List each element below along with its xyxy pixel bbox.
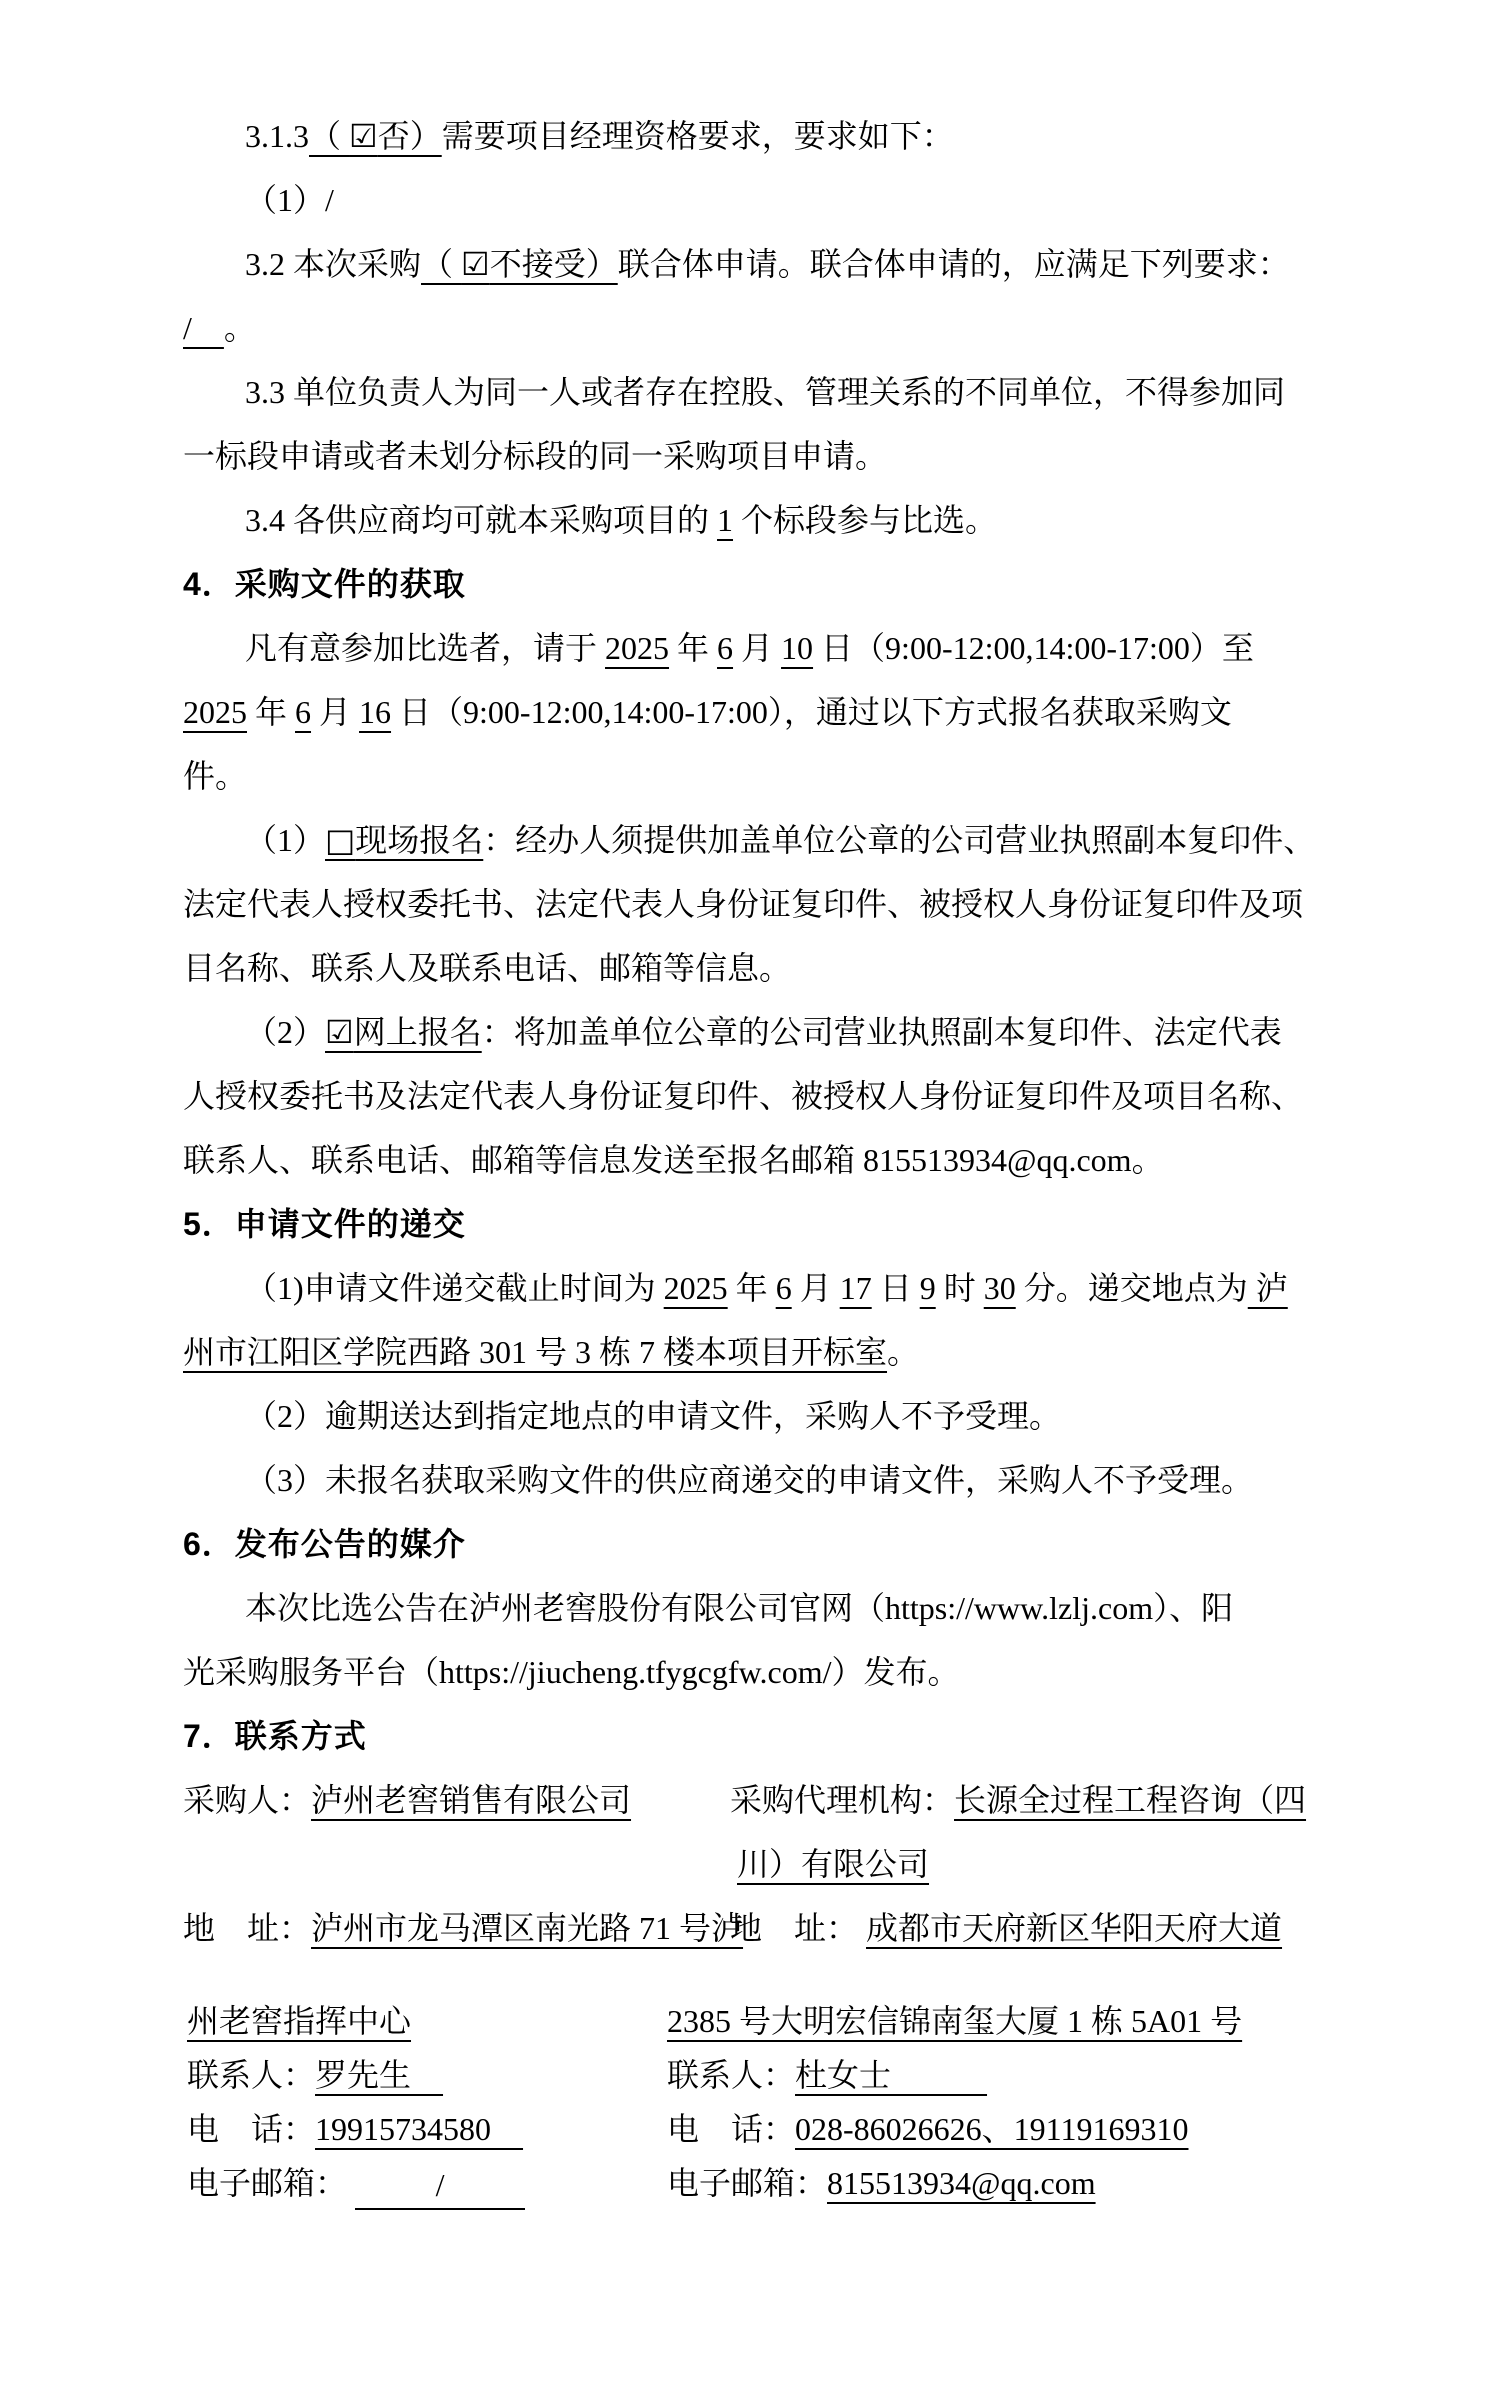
text-run: 日（9:00-12:00,14:00-17:00）至 bbox=[813, 630, 1254, 666]
text-run: 地 址： bbox=[730, 1910, 858, 1946]
text-run: ：将加盖单位公章的公司营业执照副本复印件、法定代表 bbox=[482, 1014, 1282, 1050]
text-run: 3.4 各供应商均可就本采购项目的 bbox=[245, 502, 717, 538]
text-run: 3.1.3 bbox=[245, 118, 309, 154]
underlined-text: 19915734580 bbox=[315, 2111, 523, 2147]
text-run: 时 bbox=[936, 1270, 984, 1306]
line-6-1b: 光采购服务平台（https://jiucheng.tfygcgfw.com/）发… bbox=[183, 1640, 1413, 1704]
row-contact-person: 联系人：罗先生 联系人：杜女士 bbox=[183, 2048, 1413, 2102]
underlined-text: / bbox=[183, 310, 224, 346]
row-address: 地 址：泸州市龙马潭区南光路 71 号泸地 址： 成都市天府新区华阳天府大道 bbox=[183, 1896, 1413, 1960]
heading-section-5: 5．申请文件的递交 bbox=[183, 1192, 1413, 1256]
text-run: （1）/ bbox=[245, 182, 334, 218]
checkbox-checked-icon: ☑ bbox=[325, 1013, 354, 1051]
text-run: 7．联系方式 bbox=[183, 1718, 367, 1754]
contact-footer-block: 州老窖指挥中心2385 号大明宏信锦南玺大厦 1 栋 5A01 号联系人：罗先生… bbox=[183, 1994, 1413, 2210]
underlined-text: 2025 bbox=[664, 1270, 728, 1306]
text-run: 4．采购文件的获取 bbox=[183, 566, 466, 602]
underlined-text: 泸 bbox=[1248, 1270, 1288, 1306]
underlined-text: 泸州老窖销售有限公司 bbox=[311, 1782, 631, 1818]
text-run: 日 bbox=[872, 1270, 920, 1306]
text-run: 电 话： bbox=[187, 2111, 315, 2147]
line-3-1-3: 3.1.3（ ☑否）需要项目经理资格要求，要求如下： bbox=[183, 104, 1413, 168]
underlined-text: 815513934@qq.com bbox=[827, 2165, 1096, 2201]
text-run: 人授权委托书及法定代表人身份证复印件、被授权人身份证复印件及项目名称、 bbox=[183, 1078, 1303, 1114]
text-run: 地 址： bbox=[183, 1910, 311, 1946]
row-agency-wrap: 川）有限公司 bbox=[183, 1832, 1413, 1896]
heading-section-4: 4．采购文件的获取 bbox=[183, 552, 1413, 616]
text-run: 年 bbox=[669, 630, 717, 666]
text-run: （2）逾期送达到指定地点的申请文件，采购人不予受理。 bbox=[245, 1398, 1061, 1434]
text-run: ：经办人须提供加盖单位公章的公司营业执照副本复印件、 bbox=[483, 822, 1315, 858]
line-3-2: 3.2 本次采购（ ☑不接受）联合体申请。联合体申请的，应满足下列要求： bbox=[183, 232, 1413, 296]
underlined-text: 2385 号大明宏信锦南玺大厦 1 栋 5A01 号 bbox=[667, 2003, 1242, 2039]
underlined-text: 长源全过程工程咨询（四 bbox=[954, 1782, 1306, 1818]
text-run: （3）未报名获取采购文件的供应商递交的申请文件，采购人不予受理。 bbox=[245, 1462, 1253, 1498]
line-3-3b: 一标段申请或者未划分标段的同一采购项目申请。 bbox=[183, 424, 1413, 488]
underlined-text: 17 bbox=[840, 1270, 872, 1306]
row-agency-wrap-right: 川）有限公司 bbox=[730, 1832, 1413, 1896]
underlined-text: 1 bbox=[717, 502, 733, 538]
text-run: 件。 bbox=[183, 758, 247, 794]
text-run: 目名称、联系人及联系电话、邮箱等信息。 bbox=[183, 950, 791, 986]
text-run: 联系人： bbox=[187, 2057, 315, 2093]
text-run: 电 话： bbox=[667, 2111, 795, 2147]
line-4-onsite-b: 法定代表人授权委托书、法定代表人身份证复印件、被授权人身份证复印件及项 bbox=[183, 872, 1413, 936]
line-4-onsite-c: 目名称、联系人及联系电话、邮箱等信息。 bbox=[183, 936, 1413, 1000]
checkbox-checked-icon: ☑ bbox=[349, 117, 378, 155]
underlined-text: 16 bbox=[359, 694, 391, 730]
text-run: 采购代理机构： bbox=[730, 1782, 954, 1818]
text-run: 凡有意参加比选者，请于 bbox=[245, 630, 605, 666]
row-agency-wrap-left bbox=[183, 1832, 730, 1896]
text-run: 电子邮箱： bbox=[667, 2165, 827, 2201]
line-4-online-b: 人授权委托书及法定代表人身份证复印件、被授权人身份证复印件及项目名称、 bbox=[183, 1064, 1413, 1128]
document-body: 3.1.3（ ☑否）需要项目经理资格要求，要求如下：（1）/3.2 本次采购（ … bbox=[183, 104, 1413, 1960]
document-page: 3.1.3（ ☑否）需要项目经理资格要求，要求如下：（1）/3.2 本次采购（ … bbox=[0, 0, 1500, 2404]
text-run: 日（9:00-12:00,14:00-17:00），通过以下方式报名获取采购文 bbox=[391, 694, 1232, 730]
row-address-right: 地 址： 成都市天府新区华阳天府大道 bbox=[730, 1896, 1413, 1960]
text-run: 联合体申请。联合体申请的，应满足下列要求： bbox=[618, 246, 1290, 282]
text-run: 月 bbox=[311, 694, 359, 730]
text-run: 需要项目经理资格要求，要求如下： bbox=[442, 118, 954, 154]
text-run: 采购人： bbox=[183, 1782, 311, 1818]
line-3-1-3-item1: （1）/ bbox=[183, 168, 1413, 232]
row-phone-right: 电 话：028-86026626、19119169310 bbox=[667, 2102, 1413, 2156]
text-run: 本次比选公告在泸州老窖股份有限公司官网（https://www.lzlj.com… bbox=[245, 1590, 1233, 1626]
checkbox-unchecked-icon: □ bbox=[325, 821, 355, 859]
underlined-text: 2025 bbox=[605, 630, 669, 666]
underlined-text: 6 bbox=[717, 630, 733, 666]
line-4-online-a: （2）☑网上报名：将加盖单位公章的公司营业执照副本复印件、法定代表 bbox=[183, 1000, 1413, 1064]
underlined-text: 不接受） bbox=[490, 246, 618, 282]
text-run: 3.2 本次采购 bbox=[245, 246, 421, 282]
text-run: 光采购服务平台（https://jiucheng.tfygcgfw.com/）发… bbox=[183, 1654, 960, 1690]
underlined-text: 2025 bbox=[183, 694, 247, 730]
text-run: 分。递交地点为 bbox=[1016, 1270, 1248, 1306]
line-3-4: 3.4 各供应商均可就本采购项目的 1 个标段参与比选。 bbox=[183, 488, 1413, 552]
row-address-left: 地 址：泸州市龙马潭区南光路 71 号泸 bbox=[183, 1896, 730, 1960]
underlined-text: （ bbox=[309, 118, 349, 154]
line-5-1b: 州市江阳区学院西路 301 号 3 栋 7 楼本项目开标室。 bbox=[183, 1320, 1413, 1384]
underlined-text: 028-86026626、19119169310 bbox=[795, 2111, 1188, 2147]
text-run: 年 bbox=[728, 1270, 776, 1306]
text-run: 月 bbox=[733, 630, 781, 666]
underlined-text: 6 bbox=[776, 1270, 792, 1306]
underlined-text: 州老窖指挥中心 bbox=[187, 2003, 411, 2039]
underlined-text: 泸州市龙马潭区南光路 71 号泸 bbox=[311, 1910, 743, 1946]
row-address-wrap-right: 2385 号大明宏信锦南玺大厦 1 栋 5A01 号 bbox=[667, 1994, 1413, 2048]
row-address-wrap: 州老窖指挥中心2385 号大明宏信锦南玺大厦 1 栋 5A01 号 bbox=[183, 1994, 1413, 2048]
text-run: 3.3 单位负责人为同一人或者存在控股、管理关系的不同单位，不得参加同 bbox=[245, 374, 1285, 410]
line-5-1a: （1)申请文件递交截止时间为 2025 年 6 月 17 日 9 时 30 分。… bbox=[183, 1256, 1413, 1320]
underlined-text: 成都市天府新区华阳天府大道 bbox=[866, 1910, 1282, 1946]
underlined-text: 杜女士 bbox=[795, 2057, 987, 2093]
text-run: 5．申请文件的递交 bbox=[183, 1206, 466, 1242]
line-3-2-blank: / 。 bbox=[183, 296, 1413, 360]
line-4-1b: 2025 年 6 月 16 日（9:00-12:00,14:00-17:00），… bbox=[183, 680, 1413, 744]
row-address-wrap-left: 州老窖指挥中心 bbox=[187, 1994, 667, 2048]
text-run: 联系人： bbox=[667, 2057, 795, 2093]
text-run: 6．发布公告的媒介 bbox=[183, 1526, 466, 1562]
row-phone-left: 电 话：19915734580 bbox=[187, 2102, 667, 2156]
underlined-text: 州市江阳区学院西路 301 号 3 栋 7 楼本项目开标室 bbox=[183, 1334, 887, 1370]
underlined-text: （ bbox=[421, 246, 461, 282]
underlined-text: 罗先生 bbox=[315, 2057, 443, 2093]
heading-section-6: 6．发布公告的媒介 bbox=[183, 1512, 1413, 1576]
line-4-1c: 件。 bbox=[183, 744, 1413, 808]
text-run bbox=[858, 1910, 866, 1946]
text-run: （1） bbox=[245, 822, 325, 858]
row-contact-person-right: 联系人：杜女士 bbox=[667, 2048, 1413, 2102]
line-5-3: （3）未报名获取采购文件的供应商递交的申请文件，采购人不予受理。 bbox=[183, 1448, 1413, 1512]
row-purchaser: 采购人：泸州老窖销售有限公司采购代理机构：长源全过程工程咨询（四 bbox=[183, 1768, 1413, 1832]
underlined-text: 9 bbox=[920, 1270, 936, 1306]
row-email: 电子邮箱：/电子邮箱：815513934@qq.com bbox=[183, 2156, 1413, 2210]
line-3-3a: 3.3 单位负责人为同一人或者存在控股、管理关系的不同单位，不得参加同 bbox=[183, 360, 1413, 424]
row-phone: 电 话：19915734580 电 话：028-86026626、1911916… bbox=[183, 2102, 1413, 2156]
text-run: 一标段申请或者未划分标段的同一采购项目申请。 bbox=[183, 438, 887, 474]
underlined-text: 10 bbox=[781, 630, 813, 666]
line-6-1a: 本次比选公告在泸州老窖股份有限公司官网（https://www.lzlj.com… bbox=[183, 1576, 1413, 1640]
text-run: 。 bbox=[887, 1334, 919, 1370]
text-run: 个标段参与比选。 bbox=[733, 502, 997, 538]
heading-section-7: 7．联系方式 bbox=[183, 1704, 1413, 1768]
checkbox-checked-icon: ☑ bbox=[461, 245, 490, 283]
underlined-text: 6 bbox=[295, 694, 311, 730]
underlined-text: 川）有限公司 bbox=[737, 1846, 929, 1882]
text-run: （1)申请文件递交截止时间为 bbox=[245, 1270, 664, 1306]
line-4-1a: 凡有意参加比选者，请于 2025 年 6 月 10 日（9:00-12:00,1… bbox=[183, 616, 1413, 680]
line-4-onsite-a: （1）□现场报名：经办人须提供加盖单位公章的公司营业执照副本复印件、 bbox=[183, 808, 1413, 872]
underlined-text: 网上报名 bbox=[354, 1014, 482, 1050]
line-4-online-c: 联系人、联系电话、邮箱等信息发送至报名邮箱 815513934@qq.com。 bbox=[183, 1128, 1413, 1192]
row-email-right: 电子邮箱：815513934@qq.com bbox=[667, 2156, 1413, 2210]
text-run: 。 bbox=[224, 310, 256, 346]
underlined-text: 30 bbox=[984, 1270, 1016, 1306]
row-contact-person-left: 联系人：罗先生 bbox=[187, 2048, 667, 2102]
text-run: 法定代表人授权委托书、法定代表人身份证复印件、被授权人身份证复印件及项 bbox=[183, 886, 1303, 922]
underlined-text: 现场报名 bbox=[355, 822, 483, 858]
text-run: 年 bbox=[247, 694, 295, 730]
underlined-text: 否） bbox=[378, 118, 442, 154]
text-run: （2） bbox=[245, 1014, 325, 1050]
text-run: 联系人、联系电话、邮箱等信息发送至报名邮箱 815513934@qq.com。 bbox=[183, 1142, 1164, 1178]
row-purchaser-right: 采购代理机构：长源全过程工程咨询（四 bbox=[730, 1768, 1413, 1832]
row-purchaser-left: 采购人：泸州老窖销售有限公司 bbox=[183, 1768, 730, 1832]
text-run: 电子邮箱： bbox=[187, 2165, 347, 2201]
text-run: 月 bbox=[792, 1270, 840, 1306]
row-email-left: 电子邮箱：/ bbox=[187, 2156, 667, 2210]
line-5-2: （2）逾期送达到指定地点的申请文件，采购人不予受理。 bbox=[183, 1384, 1413, 1448]
blank-field: / bbox=[355, 2162, 525, 2210]
